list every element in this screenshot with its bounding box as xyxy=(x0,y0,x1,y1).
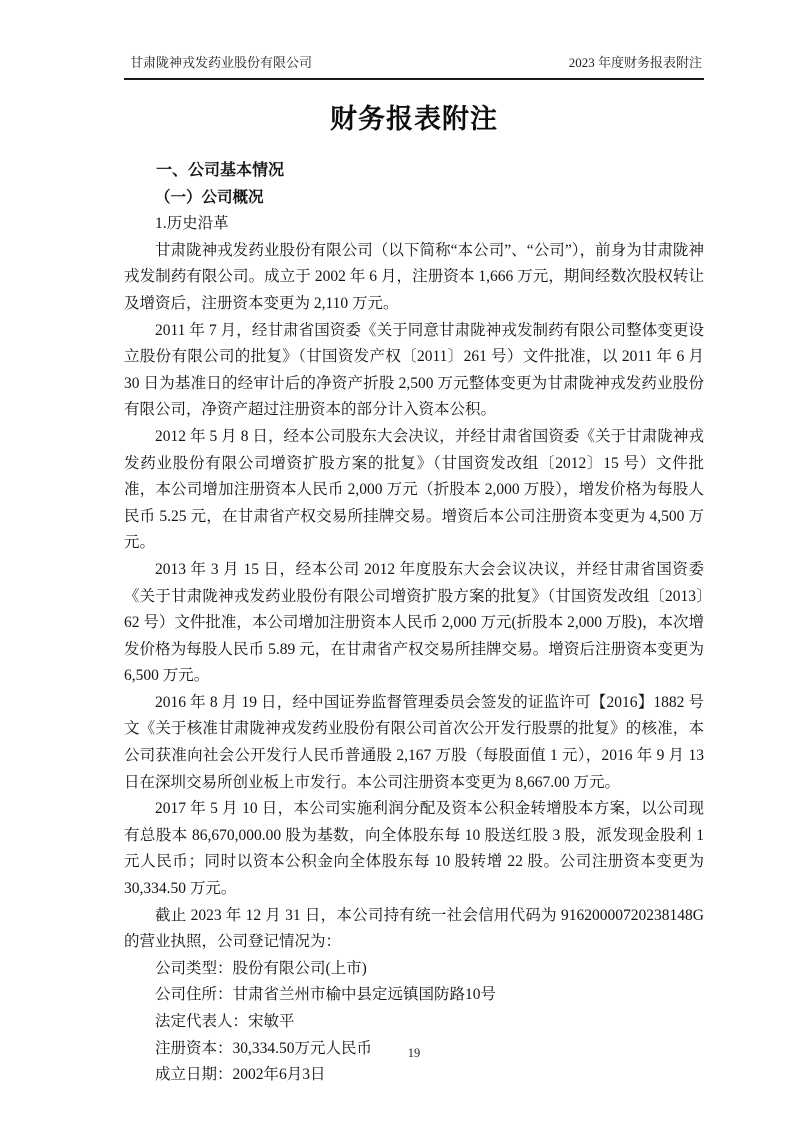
registration-establishment-date: 成立日期：2002年6月3日 xyxy=(124,1062,704,1089)
registration-company-address: 公司住所：甘肃省兰州市榆中县定远镇国防路10号 xyxy=(124,982,704,1009)
document-page: 甘肃陇神戎发药业股份有限公司 2023 年度财务报表附注 财务报表附注 一、公司… xyxy=(0,0,794,1122)
item-heading: 1.历史沿革 xyxy=(124,211,704,238)
paragraph-2017-dividend: 2017 年 5 月 10 日，本公司实施利润分配及资本公积金转增股本方案，以公… xyxy=(124,796,704,902)
page-number: 19 xyxy=(124,1046,704,1061)
paragraph-2016-ipo: 2016 年 8 月 19 日，经中国证券监督管理委员会签发的证监许可【2016… xyxy=(124,690,704,796)
paragraph-history-founding: 甘肃陇神戎发药业股份有限公司（以下简称“本公司”、“公司”），前身为甘肃陇神戎发… xyxy=(124,238,704,318)
document-body: 一、公司基本情况 （一）公司概况 1.历史沿革 甘肃陇神戎发药业股份有限公司（以… xyxy=(124,158,704,1089)
page-header: 甘肃陇神戎发药业股份有限公司 2023 年度财务报表附注 xyxy=(124,54,704,80)
header-report-title: 2023 年度财务报表附注 xyxy=(569,54,702,71)
subsection-heading: （一）公司概况 xyxy=(124,185,704,212)
paragraph-2013-capital-increase: 2013 年 3 月 15 日，经本公司 2012 年度股东大会会议决议，并经甘… xyxy=(124,557,704,690)
header-rule xyxy=(124,78,704,80)
section-heading: 一、公司基本情况 xyxy=(124,158,704,185)
paragraph-2011-restructuring: 2011 年 7 月，经甘肃省国资委《关于同意甘肃陇神戎发制药有限公司整体变更设… xyxy=(124,318,704,424)
registration-legal-representative: 法定代表人：宋敏平 xyxy=(124,1009,704,1036)
document-title: 财务报表附注 xyxy=(124,97,704,136)
paragraph-2012-capital-increase: 2012 年 5 月 8 日，经本公司股东大会决议，并经甘肃省国资委《关于甘肃陇… xyxy=(124,424,704,557)
registration-company-type: 公司类型：股份有限公司(上市) xyxy=(124,956,704,983)
paragraph-2023-license: 截止 2023 年 12 月 31 日，本公司持有统一社会信用代码为 91620… xyxy=(124,903,704,956)
header-company-name: 甘肃陇神戎发药业股份有限公司 xyxy=(130,54,312,71)
